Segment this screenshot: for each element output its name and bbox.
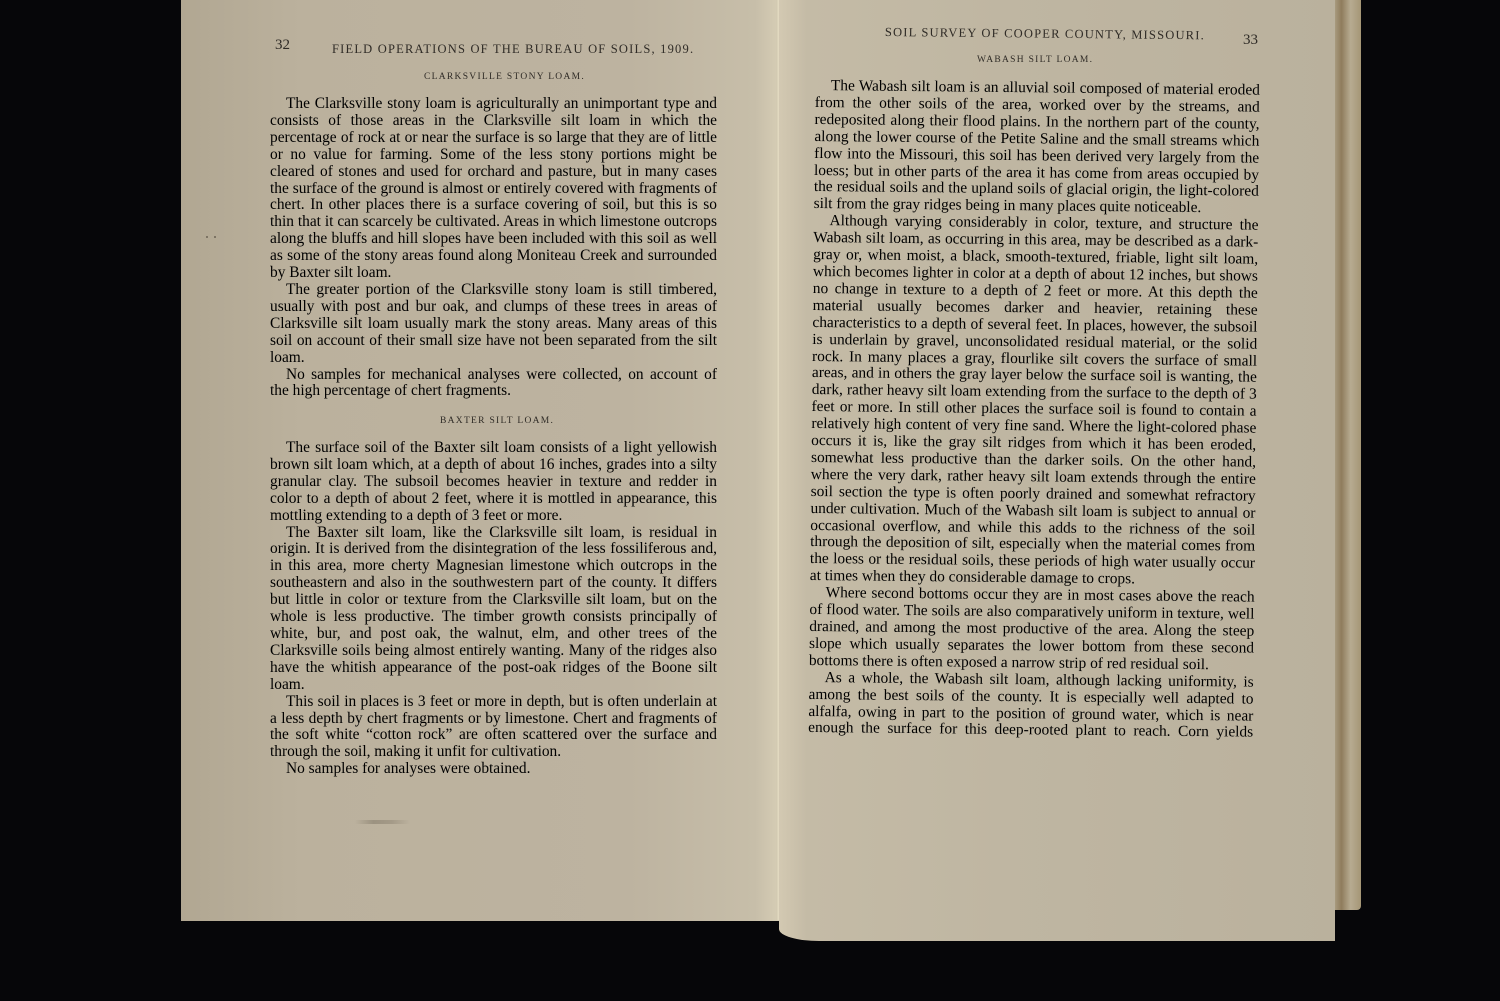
- paragraph: The greater portion of the Clarksville s…: [270, 282, 717, 367]
- paragraph: As a whole, the Wabash silt loam, althou…: [808, 670, 1254, 742]
- book-spread-photo: 32 FIELD OPERATIONS OF THE BUREAU OF SOI…: [0, 0, 1500, 1001]
- margin-speck: [206, 236, 208, 238]
- right-page-number: 33: [1243, 32, 1258, 49]
- section-body-clarksville-stony-loam: The Clarksville stony loam is agricultur…: [270, 96, 717, 400]
- paragraph: No samples for analyses were obtained.: [270, 761, 717, 778]
- left-running-head: FIELD OPERATIONS OF THE BUREAU OF SOILS,…: [332, 42, 694, 57]
- paragraph: Although varying considerably in color, …: [810, 213, 1259, 590]
- paragraph: This soil in places is 3 feet or more in…: [270, 694, 717, 762]
- paragraph: The Clarksville stony loam is agricultur…: [270, 96, 717, 282]
- paragraph: No samples for mechanical analyses were …: [270, 367, 717, 401]
- paragraph: The Baxter silt loam, like the Clarksvil…: [270, 525, 717, 694]
- section-title-clarksville-stony-loam: CLARKSVILLE STONY LOAM.: [424, 72, 585, 82]
- ink-smudge: [355, 820, 410, 824]
- margin-speck: [214, 236, 216, 238]
- left-page-number: 32: [275, 37, 290, 54]
- page-edge-stack: [1335, 0, 1361, 910]
- paragraph: Where second bottoms occur they are in m…: [809, 585, 1255, 674]
- paragraph: The surface soil of the Baxter silt loam…: [270, 440, 717, 525]
- section-body-baxter-silt-loam: The surface soil of the Baxter silt loam…: [270, 440, 717, 778]
- section-title-baxter-silt-loam: BAXTER SILT LOAM.: [440, 416, 554, 426]
- section-title-wabash-silt-loam: WABASH SILT LOAM.: [977, 55, 1093, 65]
- paragraph: The Wabash silt loam is an alluvial soil…: [814, 78, 1260, 218]
- section-body-wabash-silt-loam: The Wabash silt loam is an alluvial soil…: [808, 78, 1260, 742]
